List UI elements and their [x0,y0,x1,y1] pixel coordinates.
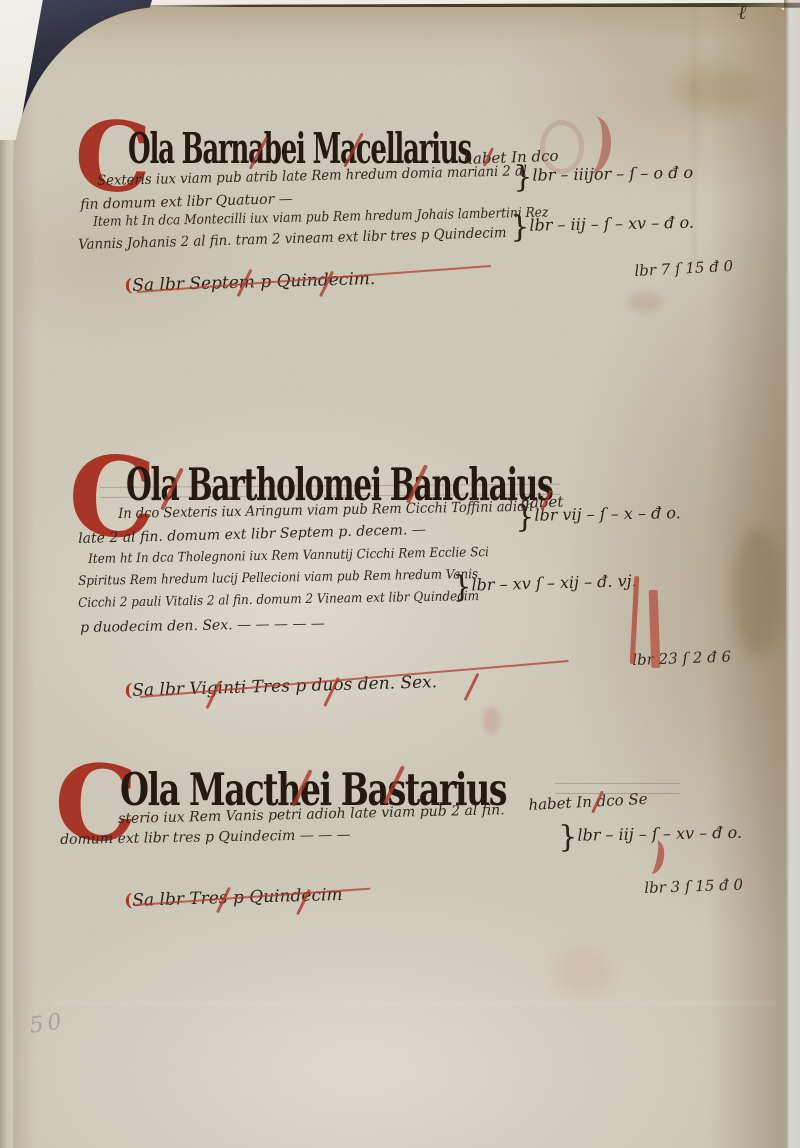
amount: }lbr – xv ſ – xij – đ. vj. [452,565,637,605]
pencil-folio-number: 50 [28,1009,67,1039]
rubric-offset-ring [540,120,584,174]
ink-offset-smudge [483,707,500,734]
crease [53,1002,773,1004]
ruling-line [555,783,680,784]
folio-mark: ℓ [738,0,746,25]
stain [678,67,758,112]
stain [628,292,662,312]
amount: }lbr – iij – ſ – xv – đ o. [510,207,694,245]
amount-text: lbr – iij – ſ – xv – đ o. [529,213,694,235]
amount-bracket: } [513,160,533,195]
margin-total: lbr 3 ſ 15 đ 0 [644,876,743,897]
amount: }lbr vij – ſ – x – đ o. [515,497,681,535]
amount-text: lbr – xv ſ – xij – đ. vj. [471,571,637,594]
ink-offset-smudge [553,947,611,997]
amount-bracket: } [510,210,530,245]
fore-edge [784,0,800,1148]
stain [733,527,781,657]
margin-total: lbr 23 ſ 2 đ 6 [632,648,731,669]
amount-bracket: } [558,820,578,855]
amount-bracket: } [515,500,535,535]
manuscript-photo: ℓ 50 C Ola Barnabei Macellarius habet In… [0,0,800,1148]
amount-text: lbr vij – ſ – x – đ o. [534,503,681,525]
